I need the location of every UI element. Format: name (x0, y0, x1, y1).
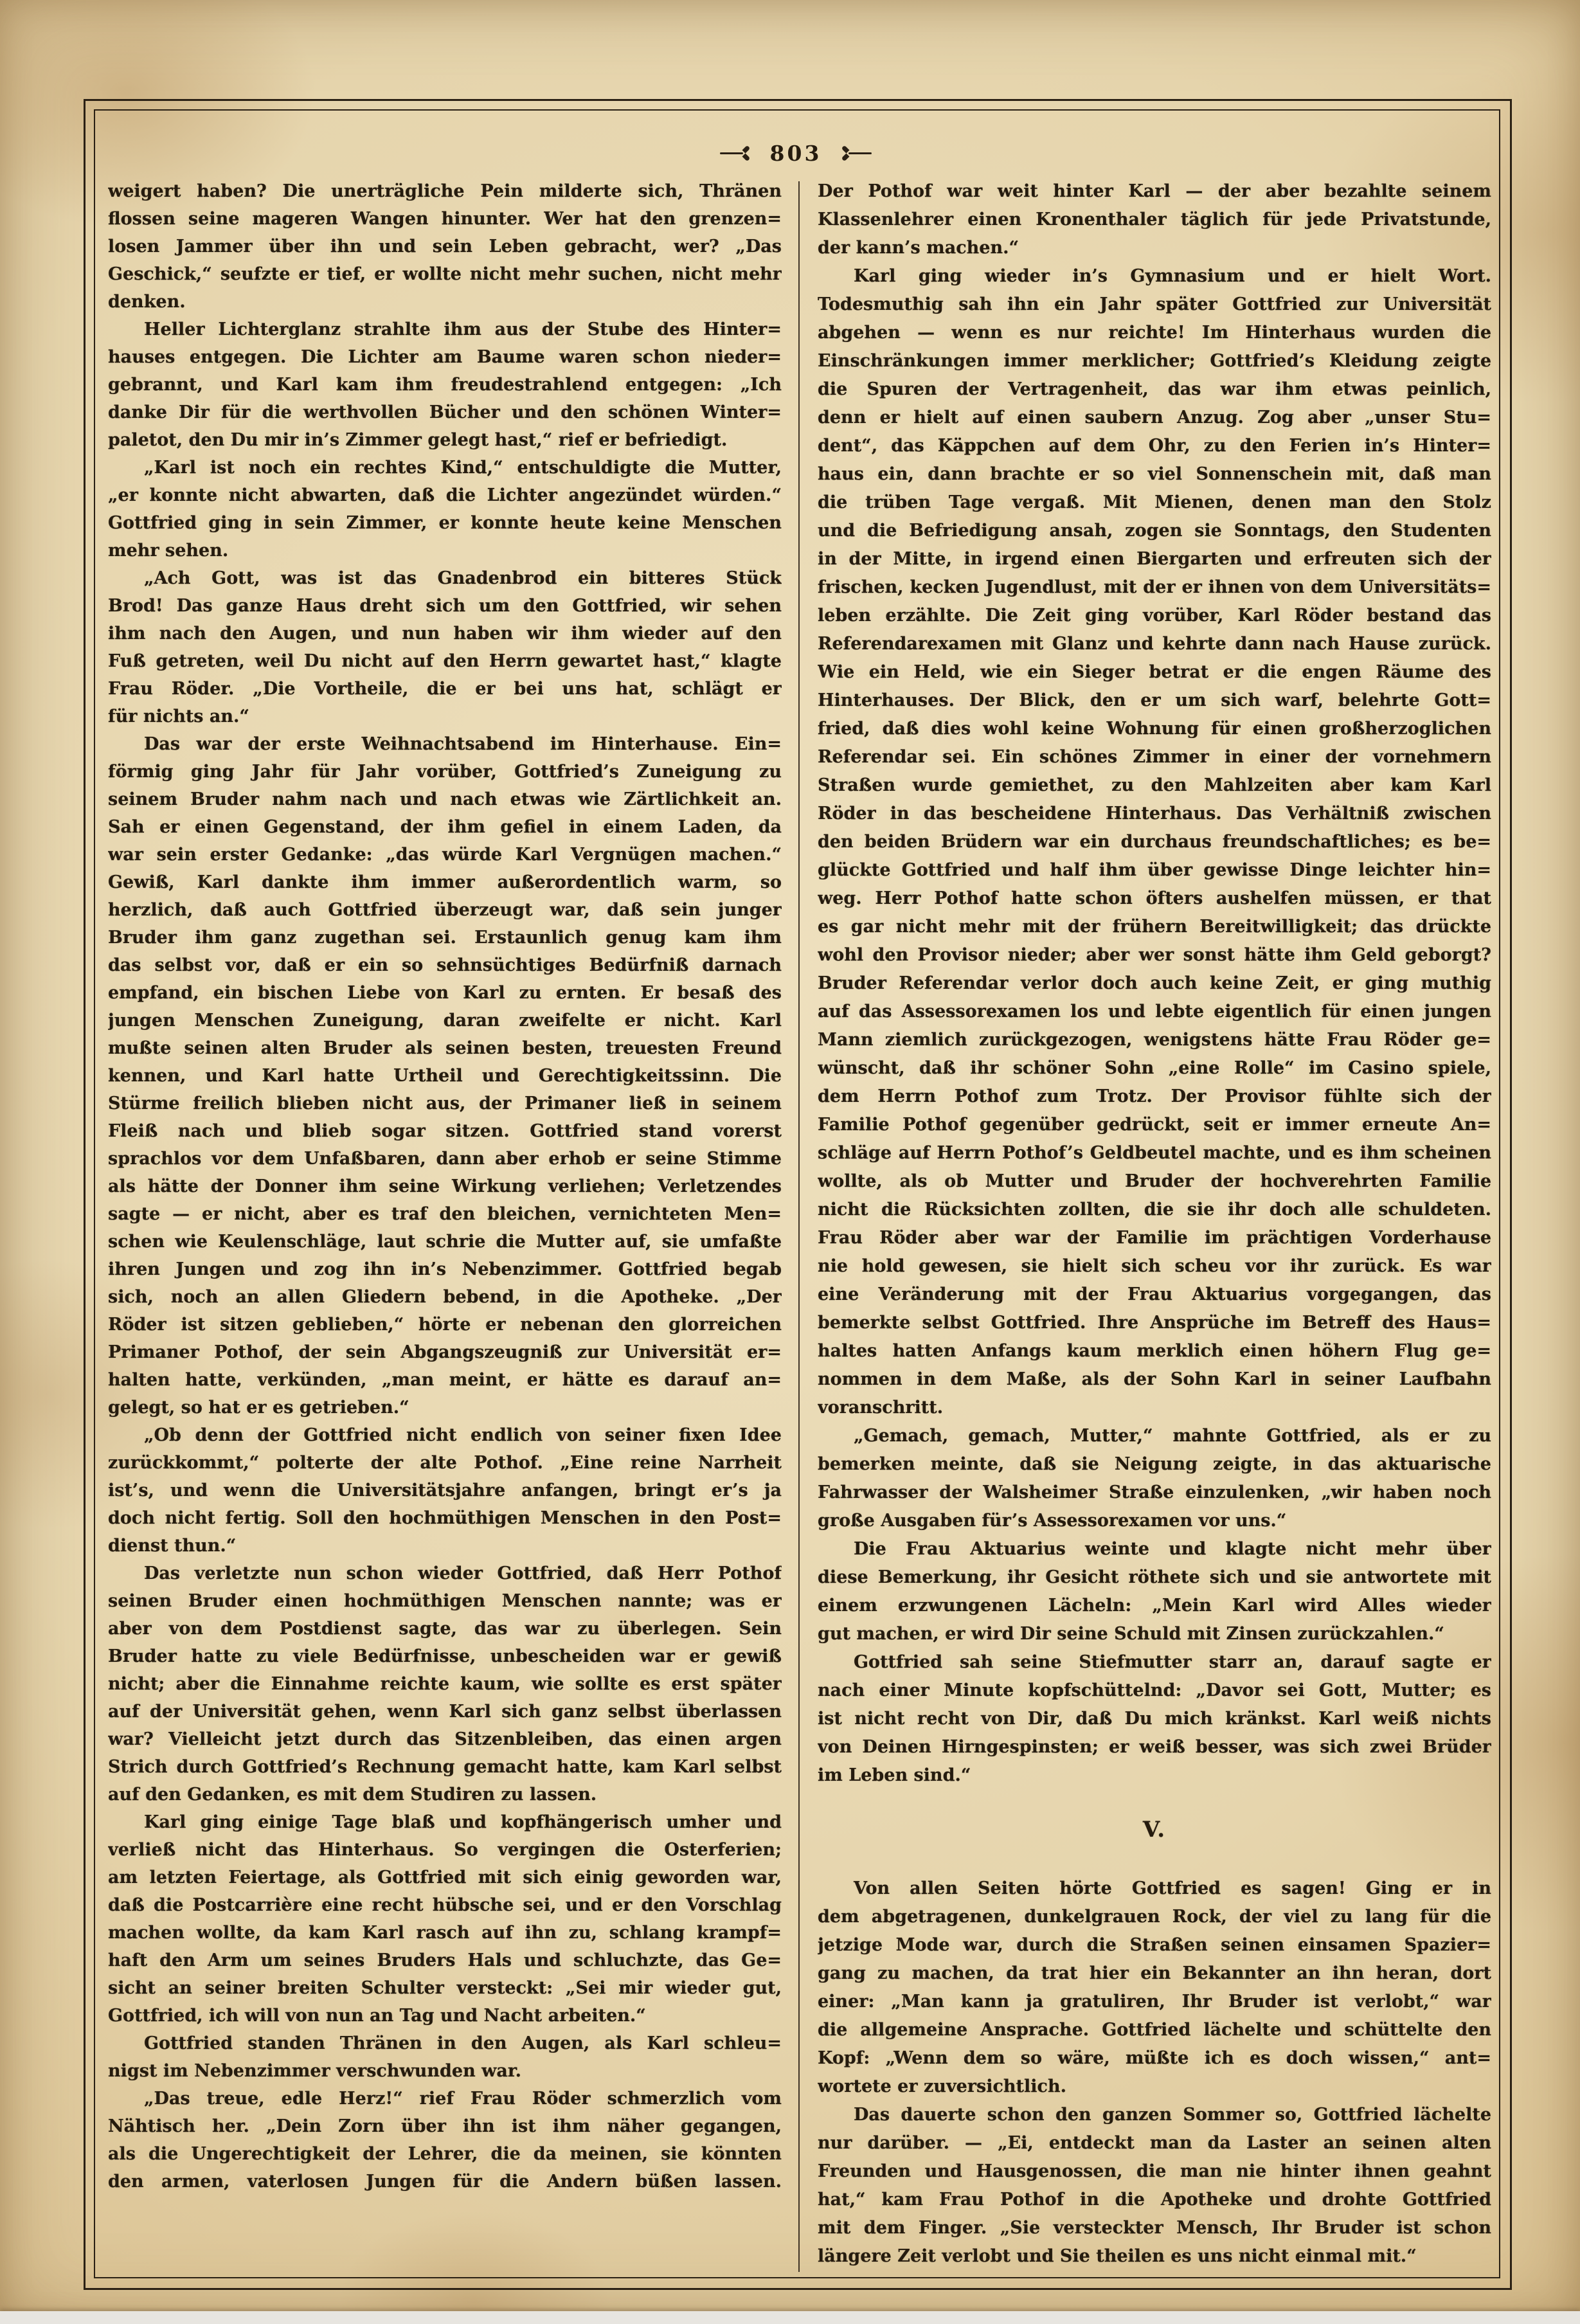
text-line: ist nicht recht von Dir, daß Du mich krä… (818, 1705, 1491, 1733)
text-line: Röder in das bescheidene Hinterhaus. Das… (818, 800, 1491, 828)
text-line: Röder ist sitzen geblieben,“ hörte er ne… (108, 1311, 782, 1338)
text-line: Familie Pothof gegenüber gedrückt, seit … (818, 1111, 1491, 1139)
text-line: Gottfried ging in sein Zimmer, er konnte… (108, 509, 782, 537)
text-line: hauses entgegen. Die Lichter am Baume wa… (108, 343, 782, 371)
text-line: Primaner Pothof, der sein Abgangszeugniß… (108, 1338, 782, 1366)
text-line: Klassenlehrer einen Kronenthaler täglich… (818, 206, 1491, 234)
text-line: denn er hielt auf einen saubern Anzug. Z… (818, 404, 1491, 432)
text-line: es gar nicht mehr mit der frühern Bereit… (818, 913, 1491, 941)
text-line: aber von dem Postdienst sagte, das war z… (108, 1615, 782, 1643)
text-line: hat,“ kam Frau Pothof in die Apotheke un… (818, 2186, 1491, 2214)
text-line: Kopf: „Wenn dem so wäre, müßte ich es do… (818, 2044, 1491, 2073)
text-line: gut machen, er wird Dir seine Schuld mit… (818, 1620, 1491, 1648)
text-line: jetzige Mode war, durch die Straßen sein… (818, 1931, 1491, 1959)
text-line: das selbst vor, daß er ein so sehnsüchti… (108, 951, 782, 979)
text-line: Fahrwasser der Walsheimer Straße einzule… (818, 1479, 1491, 1507)
text-line: die Spuren der Vertragenheit, das war ih… (818, 375, 1491, 404)
text-line: wünscht, daß ihr schöner Sohn „eine Roll… (818, 1054, 1491, 1083)
text-line: zurückkommt,“ polterte der alte Pothof. … (108, 1449, 782, 1477)
text-line: Wie ein Held, wie ein Sieger betrat er d… (818, 658, 1491, 687)
text-line: losen Jammer über ihn und sein Leben geb… (108, 233, 782, 260)
text-line: wohl den Provisor nieder; aber wer sonst… (818, 941, 1491, 969)
text-line: nach einer Minute kopfschüttelnd: „Davor… (818, 1677, 1491, 1705)
text-line: sprachlos vor dem Unfaßbaren, dann aber … (108, 1145, 782, 1173)
page-header: 803 (84, 143, 1508, 164)
text-line: längere Zeit verlobt und Sie theilen es … (818, 2242, 1491, 2271)
text-line: Einschränkungen immer merklicher; Gottfr… (818, 347, 1491, 375)
text-line: seinen Bruder einen hochmüthigen Mensche… (108, 1587, 782, 1615)
text-line: fried, daß dies wohl keine Wohnung für e… (818, 715, 1491, 743)
text-line: einem erzwungenen Lächeln: „Mein Karl wi… (818, 1592, 1491, 1620)
text-line: der kann’s machen.“ (818, 234, 1491, 262)
text-line: Referendarexamen mit Glanz und kehrte da… (818, 630, 1491, 658)
text-line: nommen in dem Maße, als der Sohn Karl in… (818, 1365, 1491, 1394)
text-line: Freunden und Hausgenossen, die man nie h… (818, 2157, 1491, 2186)
column-left: weigert haben? Die unerträgliche Pein mi… (108, 177, 782, 2271)
text-line: sich, noch an allen Gliedern bebend, in … (108, 1283, 782, 1311)
text-line: schen wie Keulenschläge, laut schrie die… (108, 1228, 782, 1256)
text-line: Das dauerte schon den ganzen Sommer so, … (818, 2101, 1491, 2129)
fleuron-heart (839, 149, 848, 158)
text-line: Gottfried standen Thränen in den Augen, … (108, 2030, 782, 2057)
text-line: „Ob denn der Gottfried nicht endlich von… (108, 1421, 782, 1449)
text-line: sagte — er nicht, aber es traf den bleic… (108, 1200, 782, 1228)
text-line: gang zu machen, da trat hier ein Bekannt… (818, 1959, 1491, 1988)
text-line: den armen, vaterlosen Jungen für die And… (108, 2168, 782, 2195)
text-line: „Gemach, gemach, Mutter,“ mahnte Gottfri… (818, 1422, 1491, 1450)
text-line: und die Befriedigung ansah, zogen sie So… (818, 517, 1491, 545)
text-line: Heller Lichterglanz strahlte ihm aus der… (108, 316, 782, 343)
fleuron-right-icon (838, 149, 872, 158)
scanned-page: 803 weigert haben? Die unerträgliche Pei… (0, 0, 1580, 2324)
text-line: dem abgetragenen, dunkelgrauen Rock, der… (818, 1903, 1491, 1931)
text-line: Fleiß nach und blieb sogar sitzen. Gottf… (108, 1117, 782, 1145)
text-line: Geschick,“ seufzte er tief, er wollte ni… (108, 260, 782, 288)
text-line: die allgemeine Ansprache. Gottfried läch… (818, 2016, 1491, 2044)
text-line: seinem Bruder nahm nach und nach etwas w… (108, 786, 782, 813)
text-line: haft den Arm um seines Bruders Hals und … (108, 1947, 782, 1974)
text-line: bemerkte selbst Gottfried. Ihre Ansprüch… (818, 1309, 1491, 1337)
text-line: jungen Menschen Zuneigung, daran zweifel… (108, 1007, 782, 1034)
text-line: Todesmuthig sah ihn ein Jahr später Gott… (818, 291, 1491, 319)
text-line: nigst im Nebenzimmer verschwunden war. (108, 2057, 782, 2085)
text-line: Referendar sei. Ein schönes Zimmer in ei… (818, 743, 1491, 771)
text-line: Mann ziemlich zurückgezogen, wenigstens … (818, 1026, 1491, 1054)
text-line: verließ nicht das Hinterhaus. So verging… (108, 1836, 782, 1864)
fleuron-tail (848, 152, 872, 154)
chapter-heading: V. (818, 1815, 1491, 1844)
text-line: eine Veränderung mit der Frau Aktuarius … (818, 1281, 1491, 1309)
text-line: die trüben Tage vergaß. Mit Mienen, dene… (818, 489, 1491, 517)
text-line: von Deinen Hirngespinsten; er weiß besse… (818, 1733, 1491, 1761)
text-line: Strich durch Gottfried’s Rechnung gemach… (108, 1753, 782, 1781)
text-line: weigert haben? Die unerträgliche Pein mi… (108, 177, 782, 205)
column-right: Der Pothof war weit hinter Karl — der ab… (818, 177, 1491, 2271)
text-line: nicht die Rücksichten zollten, die sie i… (818, 1196, 1491, 1224)
text-line: „Ach Gott, was ist das Gnadenbrod ein bi… (108, 564, 782, 592)
text-line: Frau Röder aber war der Familie im präch… (818, 1224, 1491, 1252)
fleuron-left-icon (720, 149, 753, 158)
text-line: wortete er zuversichtlich. (818, 2073, 1491, 2101)
text-line: Gottfried sah seine Stiefmutter starr an… (818, 1648, 1491, 1677)
page-number: 803 (770, 143, 822, 164)
text-line: daß die Postcarrière eine recht hübsche … (108, 1891, 782, 1919)
fleuron-tail (720, 152, 743, 154)
text-line: dienst thun.“ (108, 1532, 782, 1560)
text-line: denken. (108, 288, 782, 316)
text-line: Das war der erste Weihnachtsabend im Hin… (108, 730, 782, 758)
text-line: einer: „Man kann ja gratuliren, Ihr Brud… (818, 1988, 1491, 2016)
text-line: in der Mitte, in irgend einen Biergarten… (818, 545, 1491, 573)
text-line: war sein erster Gedanke: „das würde Karl… (108, 841, 782, 869)
text-line: förmig ging Jahr für Jahr vorüber, Gottf… (108, 758, 782, 786)
text-line: halten hatte, verkünden, „man meint, er … (108, 1366, 782, 1394)
text-line: Hinterhauses. Der Blick, den er um sich … (818, 687, 1491, 715)
text-line: als hätte der Donner ihm seine Wirkung v… (108, 1173, 782, 1200)
text-line: weg. Herr Pothof hatte schon öfters aush… (818, 885, 1491, 913)
text-line: Straßen wurde gemiethet, zu den Mahlzeit… (818, 771, 1491, 800)
text-line: Gottfried, ich will von nun an Tag und N… (108, 2002, 782, 2030)
text-line: sicht an seiner breiten Schulter verstec… (108, 1974, 782, 2002)
text-line: nur darüber. — „Ei, entdeckt man da Last… (818, 2129, 1491, 2157)
text-line: Frau Röder. „Die Vortheile, die er bei u… (108, 675, 782, 703)
text-line: „Das treue, edle Herz!“ rief Frau Röder … (108, 2085, 782, 2112)
text-line: Sah er einen Gegenstand, der ihm gefiel … (108, 813, 782, 841)
text-line: dent“, das Käppchen auf dem Ohr, zu den … (818, 432, 1491, 460)
text-line: gelegt, so hat er es getrieben.“ (108, 1394, 782, 1421)
text-line: voranschritt. (818, 1394, 1491, 1422)
text-line: Das verletzte nun schon wieder Gottfried… (108, 1560, 782, 1587)
text-line: glückte Gottfried und half ihm über gewi… (818, 856, 1491, 885)
text-line: ist’s, und wenn die Universitätsjahre an… (108, 1477, 782, 1504)
text-line: Gewiß, Karl dankte ihm immer außerordent… (108, 869, 782, 896)
text-line: Von allen Seiten hörte Gottfried es sage… (818, 1875, 1491, 1903)
text-line: abgehen — wenn es nur reichte! Im Hinter… (818, 319, 1491, 347)
text-line: Fuß getreten, weil Du nicht auf den Herr… (108, 647, 782, 675)
text-line: empfand, ein bischen Liebe von Karl zu e… (108, 979, 782, 1007)
text-line: ihren Jungen und zog ihn in’s Nebenzimme… (108, 1256, 782, 1283)
text-line: nicht; aber die Einnahme reichte kaum, w… (108, 1670, 782, 1698)
text-line: als die Ungerechtigkeit der Lehrer, die … (108, 2140, 782, 2168)
text-line: frischen, kecken Jugendlust, mit der er … (818, 573, 1491, 602)
text-line: wollte, als ob Mutter und Bruder der hoc… (818, 1167, 1491, 1196)
text-line: Karl ging einige Tage blaß und kopfhänge… (108, 1808, 782, 1836)
text-line: Bruder hatte zu viele Bedürfnisse, unbes… (108, 1643, 782, 1670)
text-line: mehr sehen. (108, 537, 782, 564)
text-line: mit dem Finger. „Sie versteckter Mensch,… (818, 2214, 1491, 2242)
text-line: Karl ging wieder in’s Gymnasium und er h… (818, 262, 1491, 291)
text-line: leben erzählte. Die Zeit ging vorüber, K… (818, 602, 1491, 630)
text-line: danke Dir für die werthvollen Bücher und… (108, 399, 782, 426)
text-line: kennen, und Karl hatte Urtheil und Gerec… (108, 1062, 782, 1090)
text-line: Bruder Referendar verlor doch auch keine… (818, 969, 1491, 998)
text-line: im Leben sind.“ (818, 1761, 1491, 1790)
text-line: Stürme freilich blieben nicht aus, der P… (108, 1090, 782, 1117)
text-line: mußte seinen alten Bruder als seinen bes… (108, 1034, 782, 1062)
text-line: war? Vielleicht jetzt durch das Sitzenbl… (108, 1725, 782, 1753)
text-line: den beiden Brüdern war ein durchaus freu… (818, 828, 1491, 856)
text-line: paletot, den Du mir in’s Zimmer gelegt h… (108, 426, 782, 454)
text-area: weigert haben? Die unerträgliche Pein mi… (108, 177, 1491, 2271)
text-line: gebrannt, und Karl kam ihm freudestrahle… (108, 371, 782, 399)
text-line: für nichts an.“ (108, 703, 782, 730)
fleuron-heart (744, 149, 752, 158)
text-line: am letzten Feiertage, als Gottfried mit … (108, 1864, 782, 1891)
text-line: auf den Gedanken, es mit dem Studiren zu… (108, 1781, 782, 1808)
text-line: Bruder ihm ganz zugethan sei. Erstaunlic… (108, 924, 782, 951)
text-line: bemerken meinte, daß sie Neigung zeigte,… (818, 1450, 1491, 1479)
text-line: „Karl ist noch ein rechtes Kind,“ entsch… (108, 454, 782, 482)
text-line: auf der Universität gehen, wenn Karl sic… (108, 1698, 782, 1725)
text-line: diese Bemerkung, ihr Gesicht röthete sic… (818, 1563, 1491, 1592)
text-line: große Ausgaben für’s Assessorexamen vor … (818, 1507, 1491, 1535)
scan-edge-strip (0, 2311, 1580, 2324)
text-line: herzlich, daß auch Gottfried überzeugt w… (108, 896, 782, 924)
text-line: dem Herrn Pothof zum Trotz. Der Provisor… (818, 1083, 1491, 1111)
text-line: „er konnte nicht abwarten, daß die Licht… (108, 482, 782, 509)
text-line: haus ein, dann brachte er so viel Sonnen… (818, 460, 1491, 489)
text-line: machen wollte, da kam Karl rasch auf ihn… (108, 1919, 782, 1947)
text-line: schläge auf Herrn Pothof’s Geldbeutel ma… (818, 1139, 1491, 1167)
text-line: flossen seine mageren Wangen hinunter. W… (108, 205, 782, 233)
text-line: nie hold gewesen, sie hielt sich scheu v… (818, 1252, 1491, 1281)
text-line: Die Frau Aktuarius weinte und klagte nic… (818, 1535, 1491, 1563)
text-line: Der Pothof war weit hinter Karl — der ab… (818, 177, 1491, 206)
text-line: ihm nach den Augen, und nun haben wir ih… (108, 620, 782, 647)
text-line: Nähtisch her. „Dein Zorn über ihn ist ih… (108, 2112, 782, 2140)
text-line: Brod! Das ganze Haus dreht sich um den G… (108, 592, 782, 620)
text-line: auf das Assessorexamen los und lebte eig… (818, 998, 1491, 1026)
text-line: doch nicht fertig. Soll den hochmüthigen… (108, 1504, 782, 1532)
text-line: haltes hatten Anfangs kaum merklich eine… (818, 1337, 1491, 1365)
